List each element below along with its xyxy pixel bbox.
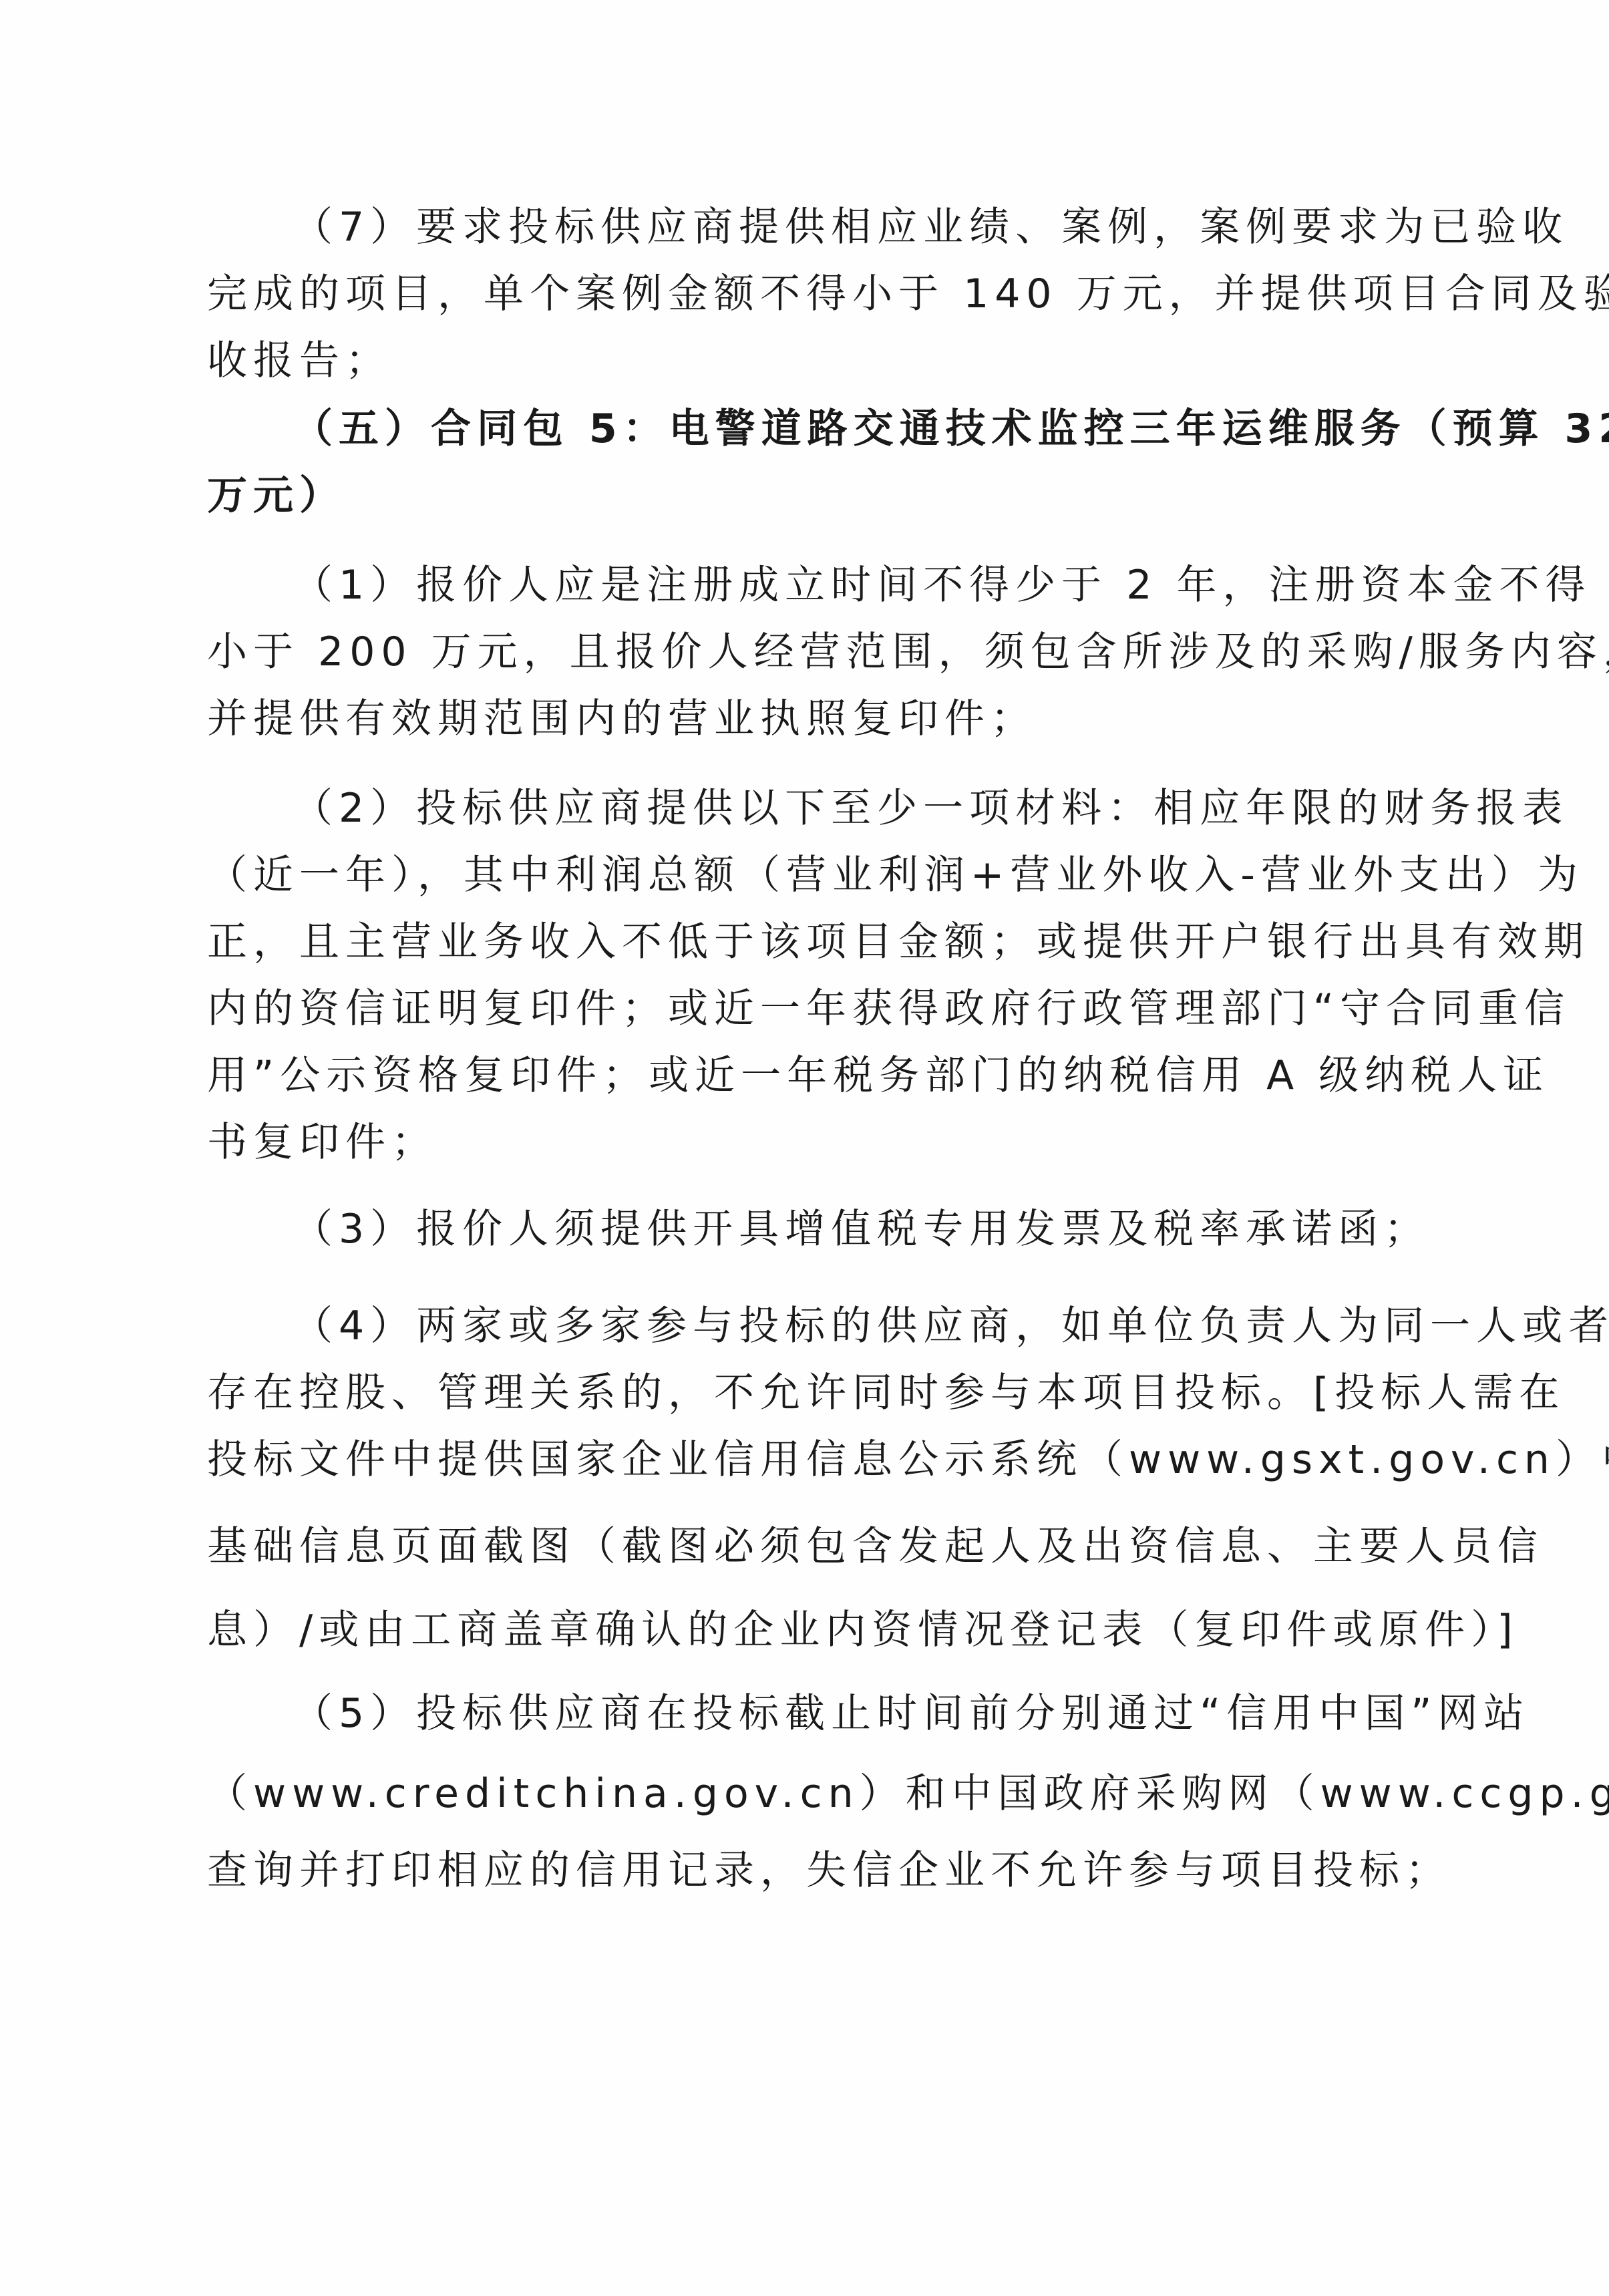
item-5-line-3: 查询并打印相应的信用记录，失信企业不允许参与项目投标； xyxy=(207,1844,1356,1897)
item-4-line-2: 存在控股、管理关系的，不允许同时参与本项目投标。[投标人需在 xyxy=(207,1366,1356,1420)
item-4-line-3: 投标文件中提供国家企业信用信息公示系统（www.gsxt.gov.cn）中 xyxy=(207,1433,1356,1486)
section-heading-5-line-1: （五）合同包 5：电警道路交通技术监控三年运维服务（预算 329 xyxy=(293,402,1356,456)
paragraph-7-line-2: 完成的项目，单个案例金额不得小于 140 万元，并提供项目合同及验 xyxy=(207,267,1356,321)
item-2-line-6: 书复印件； xyxy=(207,1116,1356,1169)
paragraph-7-line-3: 收报告； xyxy=(207,334,1356,387)
item-3-line-1: （3）报价人须提供开具增值税专用发票及税率承诺函； xyxy=(293,1202,1356,1256)
item-1-line-1: （1）报价人应是注册成立时间不得少于 2 年，注册资本金不得 xyxy=(293,558,1356,612)
section-heading-5-line-2: 万元） xyxy=(207,469,1356,522)
item-4-line-1: （4）两家或多家参与投标的供应商，如单位负责人为同一人或者 xyxy=(293,1299,1356,1353)
paragraph-7-line-1: （7）要求投标供应商提供相应业绩、案例，案例要求为已验收 xyxy=(293,200,1356,254)
document-page: （7）要求投标供应商提供相应业绩、案例，案例要求为已验收 完成的项目，单个案例金… xyxy=(0,0,1609,2296)
item-4-line-4: 基础信息页面截图（截图必须包含发起人及出资信息、主要人员信 xyxy=(207,1520,1356,1573)
item-2-line-5: 用”公示资格复印件；或近一年税务部门的纳税信用 A 级纳税人证 xyxy=(207,1049,1356,1102)
item-5-line-1: （5）投标供应商在投标截止时间前分别通过“信用中国”网站 xyxy=(293,1687,1356,1740)
item-2-line-1: （2）投标供应商提供以下至少一项材料：相应年限的财务报表 xyxy=(293,782,1356,835)
item-5-line-2: （www.creditchina.gov.cn）和中国政府采购网（www.ccg… xyxy=(207,1767,1356,1820)
item-2-line-4: 内的资信证明复印件；或近一年获得政府行政管理部门“守合同重信 xyxy=(207,982,1356,1035)
item-2-line-3: 正，且主营业务收入不低于该项目金额；或提供开户银行出具有效期 xyxy=(207,915,1356,969)
item-1-line-2: 小于 200 万元，且报价人经营范围，须包含所涉及的采购/服务内容， xyxy=(207,625,1356,679)
item-1-line-3: 并提供有效期范围内的营业执照复印件； xyxy=(207,692,1356,746)
item-4-line-5: 息）/或由工商盖章确认的企业内资情况登记表（复印件或原件）] xyxy=(207,1603,1356,1657)
item-2-line-2: （近一年），其中利润总额（营业利润+营业外收入-营业外支出）为 xyxy=(207,848,1356,902)
